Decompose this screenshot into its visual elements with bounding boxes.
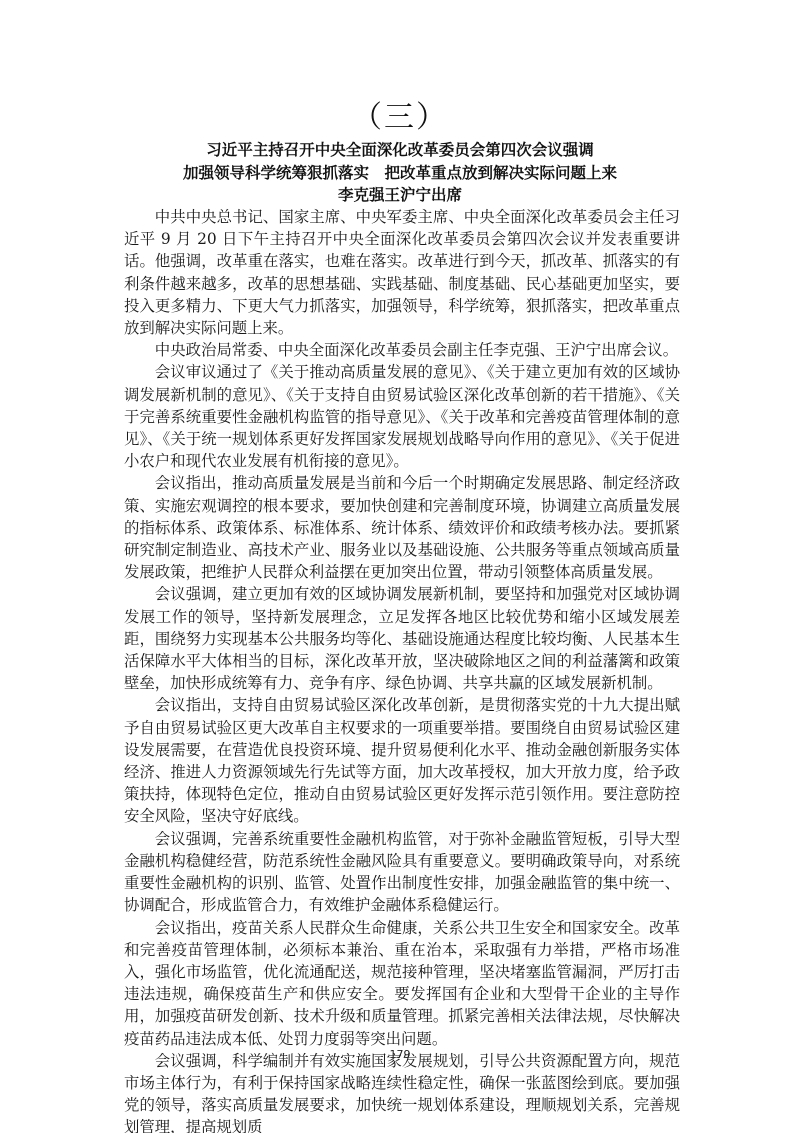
paragraph: 会议指出，疫苗关系人民群众生命健康，关系公共卫生安全和国家安全。改革和完善疫苗管… [124, 917, 680, 1050]
paragraph: 中央政治局常委、中央全面深化改革委员会副主任李克强、王沪宁出席会议。 [124, 339, 680, 361]
page-number: 179 [0, 1048, 800, 1062]
paragraph: 中共中央总书记、国家主席、中央军委主席、中央全面深化改革委员会主任习近平 9 月… [124, 206, 680, 339]
headline-line-1: 习近平主持召开中央全面深化改革委员会第四次会议强调 [0, 139, 800, 162]
paragraph: 会议强调，建立更加有效的区域协调发展新机制，要坚持和加强党对区域协调发展工作的领… [124, 583, 680, 694]
paragraph: 会议强调，科学编制并有效实施国家发展规划，引导公共资源配置方向，规范市场主体行为… [124, 1050, 680, 1133]
headline-line-3: 李克强王沪宁出席 [0, 184, 800, 207]
paragraph: 会议审议通过了《关于推动高质量发展的意见》、《关于建立更加有效的区域协调发展新机… [124, 361, 680, 472]
article-headline: 习近平主持召开中央全面深化改革委员会第四次会议强调 加强领导科学统筹狠抓落实 把… [0, 139, 800, 207]
paragraph: 会议指出，支持自由贸易试验区深化改革创新，是贯彻落实党的十九大提出赋予自由贸易试… [124, 694, 680, 827]
article-body: 中共中央总书记、国家主席、中央军委主席、中央全面深化改革委员会主任习近平 9 月… [124, 206, 680, 1133]
paragraph: 会议指出，推动高质量发展是当前和今后一个时期确定发展思路、制定经济政策、实施宏观… [124, 472, 680, 583]
headline-line-2: 加强领导科学统筹狠抓落实 把改革重点放到解决实际问题上来 [0, 162, 800, 185]
paragraph: 会议强调，完善系统重要性金融机构监管，对于弥补金融监管短板，引导大型金融机构稳健… [124, 828, 680, 917]
section-number: （三） [0, 100, 800, 136]
document-page: （三） 习近平主持召开中央全面深化改革委员会第四次会议强调 加强领导科学统筹狠抓… [0, 0, 800, 1133]
